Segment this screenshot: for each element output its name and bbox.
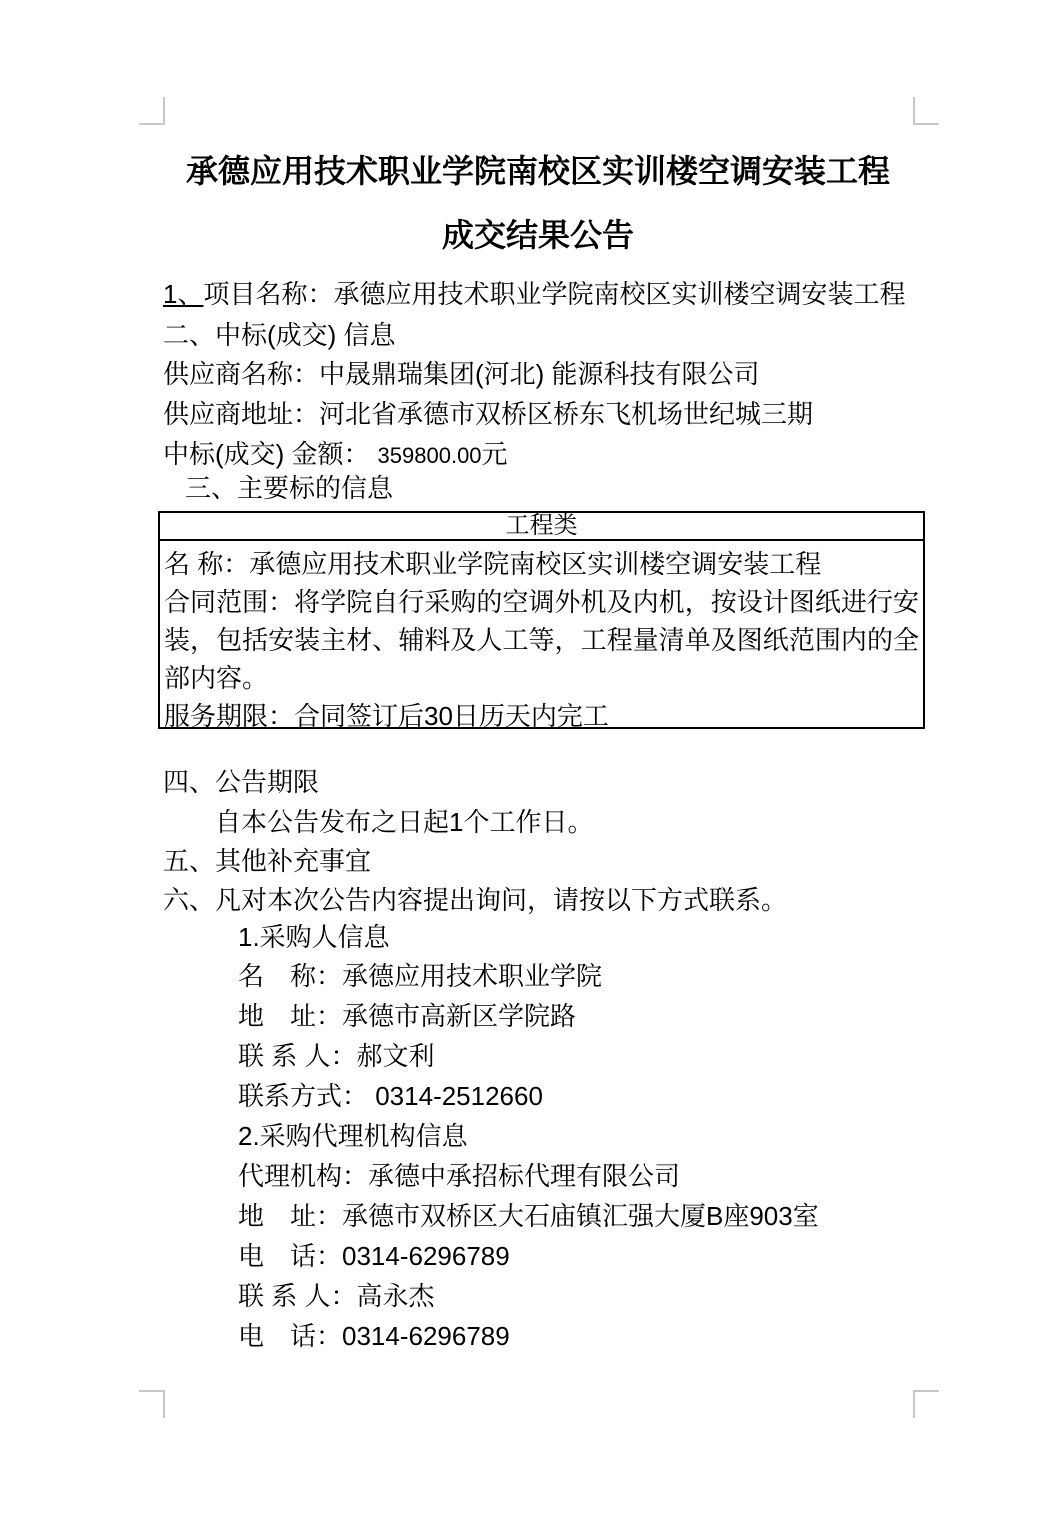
award-amount-unit: 元	[482, 439, 508, 469]
agency-contact-person-line: 联 系 人：高永杰	[238, 1280, 434, 1312]
inquiry-contact-heading: 六、凡对本次公告内容提出询问，请按以下方式联系。	[163, 884, 787, 916]
agency-phone-line-1: 电 话：0314-6296789	[238, 1240, 510, 1272]
award-amount-label: 中标(成交) 金额：	[163, 439, 370, 469]
document-title-line1: 承德应用技术职业学院南校区实训楼空调安装工程	[163, 152, 913, 190]
table-row-name: 名 称：承德应用技术职业学院南校区实训楼空调安装工程	[164, 545, 919, 583]
table-header-project-category: 工程类	[160, 513, 923, 541]
other-matters-heading: 五、其他补充事宜	[163, 845, 371, 877]
award-info-heading: 二、中标(成交) 信息	[163, 319, 396, 351]
table-row-contract-scope: 合同范围：将学院自行采购的空调外机及内机，按设计图纸进行安装，包括安装主材、辅料…	[164, 583, 919, 697]
document-page: 承德应用技术职业学院南校区实训楼空调安装工程 成交结果公告 1、项目名称：承德应…	[0, 0, 1045, 1516]
main-subject-heading: 三、主要标的信息	[185, 472, 393, 504]
subject-info-table: 工程类 名 称：承德应用技术职业学院南校区实训楼空调安装工程 合同范围：将学院自…	[158, 511, 925, 729]
agency-info-heading: 2.采购代理机构信息	[238, 1120, 468, 1152]
supplier-address-line: 供应商地址：河北省承德市双桥区桥东飞机场世纪城三期	[163, 398, 813, 430]
award-amount-line: 中标(成交) 金额：359800.00元	[163, 438, 508, 472]
agency-name-line: 代理机构：承德中承招标代理有限公司	[238, 1160, 680, 1192]
project-number: 1、	[163, 279, 203, 309]
margin-crop-mark-bottom-left	[139, 1390, 165, 1418]
purchaser-contact-person-line: 联 系 人：郝文利	[238, 1040, 434, 1072]
margin-crop-mark-top-left	[139, 97, 165, 125]
document-title-line2: 成交结果公告	[163, 216, 913, 254]
agency-address-line: 地 址：承德市双桥区大石庙镇汇强大厦B座903室	[238, 1200, 819, 1232]
purchaser-contact-method-line: 联系方式： 0314-2512660	[238, 1080, 543, 1112]
table-body-cell: 名 称：承德应用技术职业学院南校区实训楼空调安装工程 合同范围：将学院自行采购的…	[160, 541, 923, 735]
purchaser-name-line: 名 称：承德应用技术职业学院	[238, 960, 602, 992]
table-row-service-term: 服务期限：合同签订后30日历天内完工	[164, 697, 919, 735]
supplier-name-line: 供应商名称：中晟鼎瑞集团(河北) 能源科技有限公司	[163, 358, 760, 390]
notice-period-heading: 四、公告期限	[163, 766, 319, 798]
margin-crop-mark-top-right	[913, 97, 939, 125]
notice-period-text: 自本公告发布之日起1个工作日。	[215, 806, 593, 838]
project-name-line: 1、项目名称：承德应用技术职业学院南校区实训楼空调安装工程	[163, 278, 905, 310]
purchaser-address-line: 地 址：承德市高新区学院路	[238, 1000, 576, 1032]
purchaser-info-heading: 1.采购人信息	[238, 921, 390, 953]
agency-phone-line-2: 电 话：0314-6296789	[238, 1320, 510, 1352]
award-amount-value: 359800.00	[378, 443, 482, 468]
project-name-text: 项目名称：承德应用技术职业学院南校区实训楼空调安装工程	[203, 279, 905, 309]
margin-crop-mark-bottom-right	[913, 1390, 939, 1418]
